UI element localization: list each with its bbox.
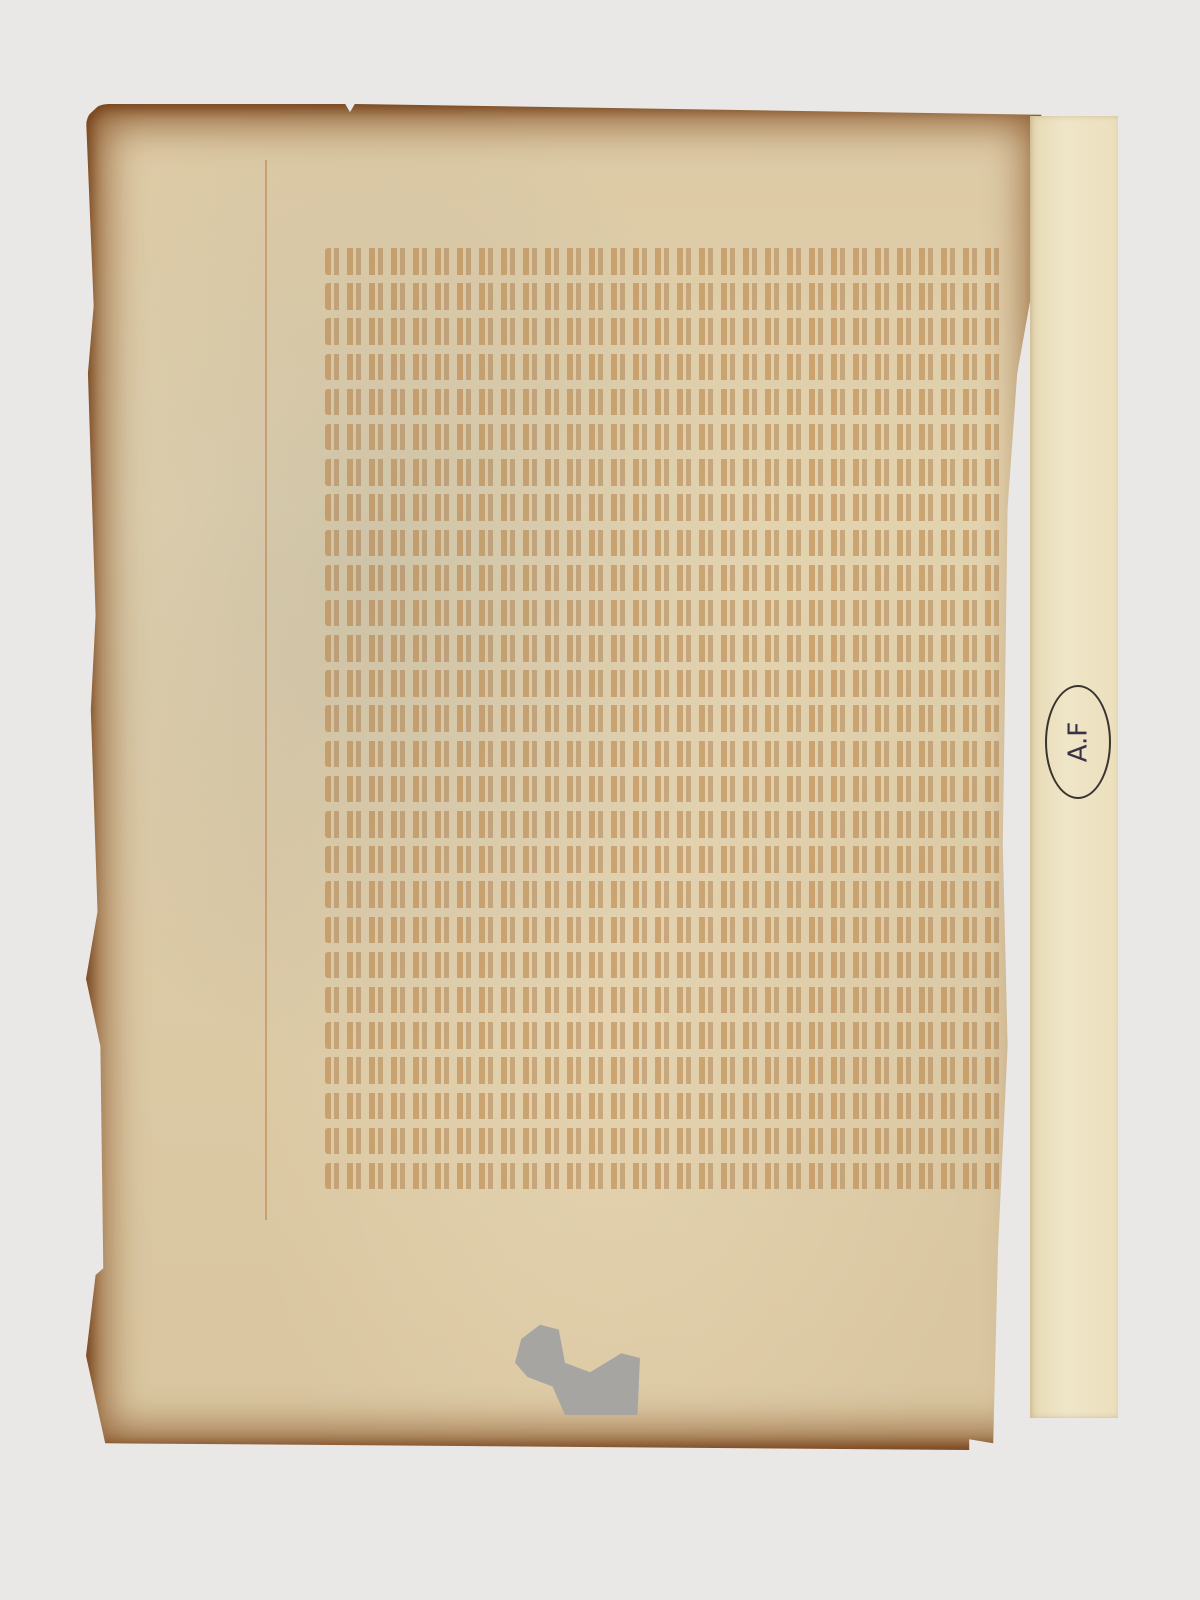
script-line	[325, 776, 1005, 803]
script-line	[325, 811, 1005, 838]
script-line	[325, 424, 1005, 451]
script-line	[325, 318, 1005, 345]
script-line	[325, 530, 1005, 557]
script-line	[325, 1128, 1005, 1155]
script-line	[325, 248, 1005, 275]
script-line	[325, 389, 1005, 416]
script-line	[325, 565, 1005, 592]
script-line	[325, 459, 1005, 486]
script-line	[325, 494, 1005, 521]
script-line	[325, 846, 1005, 873]
script-line	[325, 741, 1005, 768]
script-line	[325, 987, 1005, 1014]
script-line	[325, 670, 1005, 697]
script-line	[325, 354, 1005, 381]
script-line	[325, 1163, 1005, 1190]
script-line	[325, 705, 1005, 732]
script-text-block	[325, 248, 1005, 1198]
script-line	[325, 917, 1005, 944]
script-line	[325, 600, 1005, 627]
script-line	[325, 635, 1005, 662]
script-line	[325, 1022, 1005, 1049]
stamp-oval: A.F	[1045, 685, 1111, 799]
stamp-label: A.F	[1063, 722, 1093, 763]
script-line	[325, 952, 1005, 979]
margin-ruling	[265, 160, 267, 1220]
script-line	[325, 881, 1005, 908]
script-line	[325, 1093, 1005, 1120]
script-line	[325, 1057, 1005, 1084]
manuscript-photo: A.F	[0, 0, 1200, 1600]
script-line	[325, 283, 1005, 310]
